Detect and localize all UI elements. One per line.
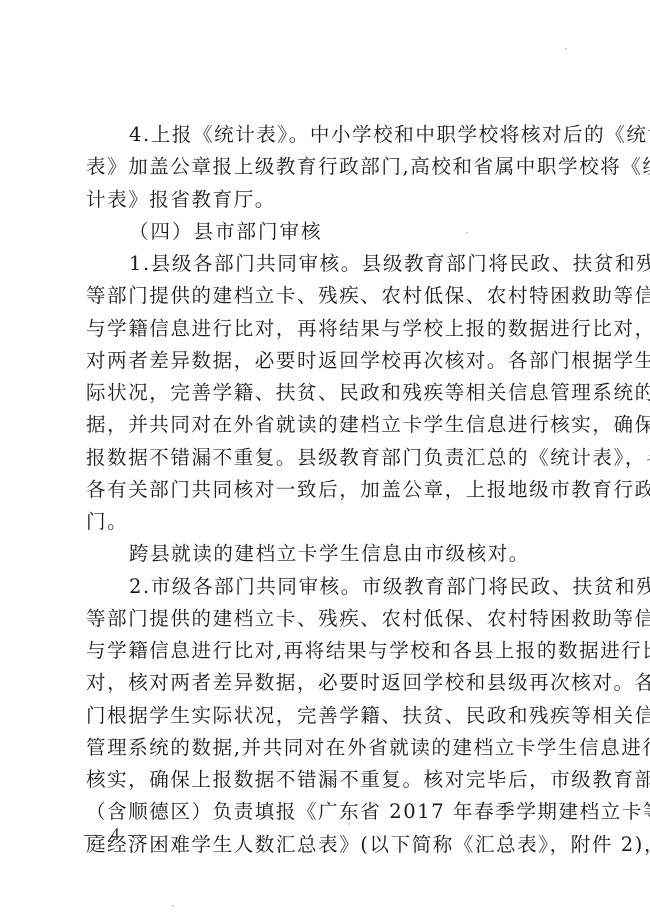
text-line-step4-title: 4.上报《统计表》。中小学校和中职学校将核对后的《统计: [86, 119, 566, 151]
text-line: 等部门提供的建档立卡、残疾、农村低保、农村特困救助等信息，: [86, 280, 566, 312]
text-line: （含顺德区）负责填报《广东省 2017 年春季学期建档立卡等家: [86, 796, 566, 828]
text-line: 据，并共同对在外省就读的建档立卡学生信息进行核实，确保上: [86, 409, 566, 441]
text-line: 与学籍信息进行比对,再将结果与学校和各县上报的数据进行比: [86, 635, 566, 667]
scan-speck: [565, 48, 567, 50]
text-line: 庭经济困难学生人数汇总表》(以下简称《汇总表》，附件 2)，: [86, 829, 566, 861]
text-line: 表》加盖公章报上级教育行政部门,高校和省属中职学校将《统: [86, 151, 566, 183]
text-line: 核实，确保上报数据不错漏不重复。核对完毕后，市级教育部门: [86, 764, 566, 796]
text-line: 际状况，完善学籍、扶贫、民政和残疾等相关信息管理系统的数: [86, 377, 566, 409]
text-line: 计表》报省教育厅。: [86, 184, 566, 216]
scan-speck: [348, 823, 350, 825]
section-heading-county-city-review: （四）县市部门审核: [86, 216, 566, 248]
text-line: 与学籍信息进行比对，再将结果与学校上报的数据进行比对，核: [86, 313, 566, 345]
text-line-city-review: 2.市级各部门共同审核。市级教育部门将民政、扶贫和残联: [86, 571, 566, 603]
document-page: 4.上报《统计表》。中小学校和中职学校将核对后的《统计 表》加盖公章报上级教育行…: [0, 0, 650, 918]
text-line: 各有关部门共同核对一致后，加盖公章，上报地级市教育行政部: [86, 474, 566, 506]
text-line-county-review: 1.县级各部门共同审核。县级教育部门将民政、扶贫和残联: [86, 248, 566, 280]
text-line: 对，核对两者差异数据，必要时返回学校和县级再次核对。各部: [86, 667, 566, 699]
document-body: 4.上报《统计表》。中小学校和中职学校将核对后的《统计 表》加盖公章报上级教育行…: [86, 119, 566, 861]
text-line: 报数据不错漏不重复。县级教育部门负责汇总的《统计表》，与: [86, 442, 566, 474]
scan-speck: [466, 232, 468, 234]
text-line: 管理系统的数据,并共同对在外省就读的建档立卡学生信息进行: [86, 732, 566, 764]
text-line: 门根据学生实际状况，完善学籍、扶贫、民政和残疾等相关信息: [86, 700, 566, 732]
text-line: 等部门提供的建档立卡、残疾、农村低保、农村特困救助等信息，: [86, 603, 566, 635]
text-line-cross-county: 跨县就读的建档立卡学生信息由市级核对。: [86, 538, 566, 570]
page-number: — 4 —: [84, 824, 148, 845]
text-line: 门。: [86, 506, 566, 538]
text-line: 对两者差异数据，必要时返回学校再次核对。各部门根据学生实: [86, 345, 566, 377]
scan-speck: [172, 905, 174, 907]
scan-speck: [252, 455, 254, 457]
